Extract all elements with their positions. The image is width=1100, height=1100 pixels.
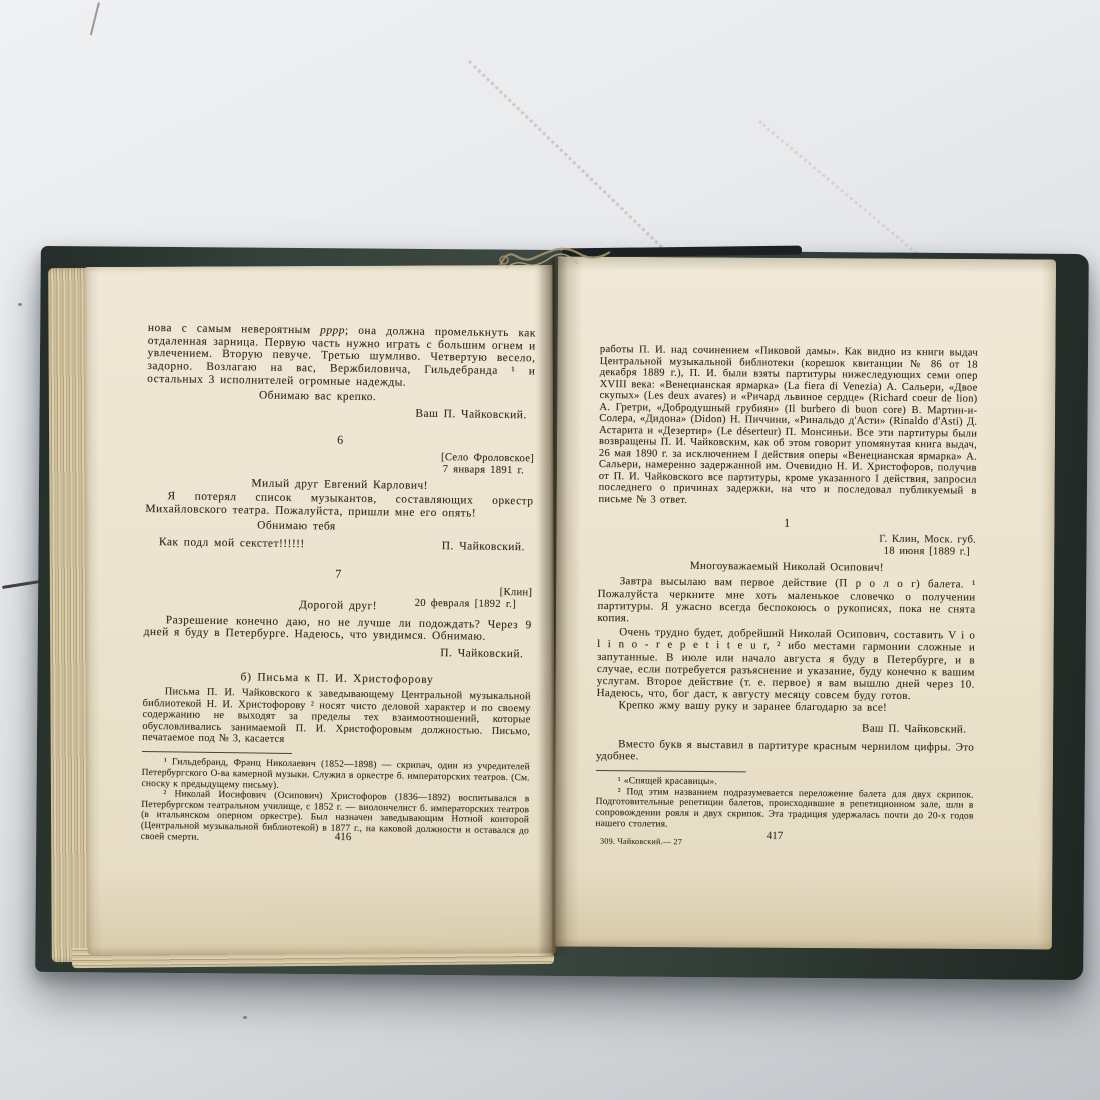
footnote-rule — [596, 770, 746, 772]
salutation: Многоуважаемый Николай Осипович! — [598, 559, 976, 575]
left-page-text: нова с самым невероятным рррр; она должн… — [141, 322, 536, 848]
gutter-shadow — [538, 258, 568, 956]
footnote-rule — [142, 751, 292, 754]
letter-date: 18 июня [1889 г.] — [598, 543, 976, 559]
letter-body: Разрешение конечно даю, но не лучше ли п… — [144, 614, 532, 645]
signature-mark: 309. Чайковский.— 27 — [600, 837, 682, 847]
paragraph-continuation: нова с самым невероятным рррр; она должн… — [147, 322, 536, 391]
signature: Ваш П. Чайковский. — [596, 720, 974, 736]
surface-speck — [243, 1016, 247, 1019]
letter-body: Очень трудно будет, добрейший Николай Ос… — [597, 626, 976, 703]
closing-line: Обнимаю тебя — [145, 518, 533, 536]
postscript-signature-row: Как подл мой секстет!!!!!! П. Чайковский… — [145, 536, 533, 554]
commentary-paragraph: Письма П. И. Чайковского к заведывающему… — [142, 686, 531, 748]
postscript: Вместо букв я выставил в партитуре красн… — [596, 738, 974, 766]
letter-number: 6 — [146, 431, 534, 449]
section-heading: б) Письма к П. И. Христофорову — [143, 670, 531, 688]
page-number-left: 416 — [298, 830, 388, 843]
photo-of-open-book: { "colors": { "surface": "#e7e9ec", "pag… — [0, 0, 1100, 1100]
surface-speck — [18, 303, 22, 306]
letter-body: Завтра высылаю вам первое действие (П р … — [597, 575, 975, 627]
letter-number: 1 — [598, 515, 976, 531]
surface-scratch — [90, 2, 100, 35]
right-page-text: работы П. И. над сочинением «Пиковой дам… — [595, 344, 978, 833]
closing-line: Крепко жму вашу руку и заранее благодарю… — [596, 699, 974, 715]
headband-thread — [492, 238, 622, 278]
letter-number: 7 — [144, 565, 532, 583]
signature: Ваш П. Чайковский. — [147, 404, 535, 422]
commentary-paragraph: работы П. И. над сочинением «Пиковой дам… — [598, 344, 978, 509]
letter-body: Я потерял список музыкантов, составляющи… — [145, 490, 533, 521]
footnote: ² Под этим названием подразумевается пер… — [595, 787, 973, 833]
intro-italic: рррр — [320, 324, 345, 336]
page-number-right: 417 — [733, 830, 817, 843]
postscript: Как подл мой секстет!!!!!! — [145, 536, 305, 551]
signature: П. Чайковский. — [442, 541, 533, 555]
closing-line: Обнимаю вас крепко. — [147, 388, 535, 406]
signature: П. Чайковский. — [143, 643, 531, 661]
